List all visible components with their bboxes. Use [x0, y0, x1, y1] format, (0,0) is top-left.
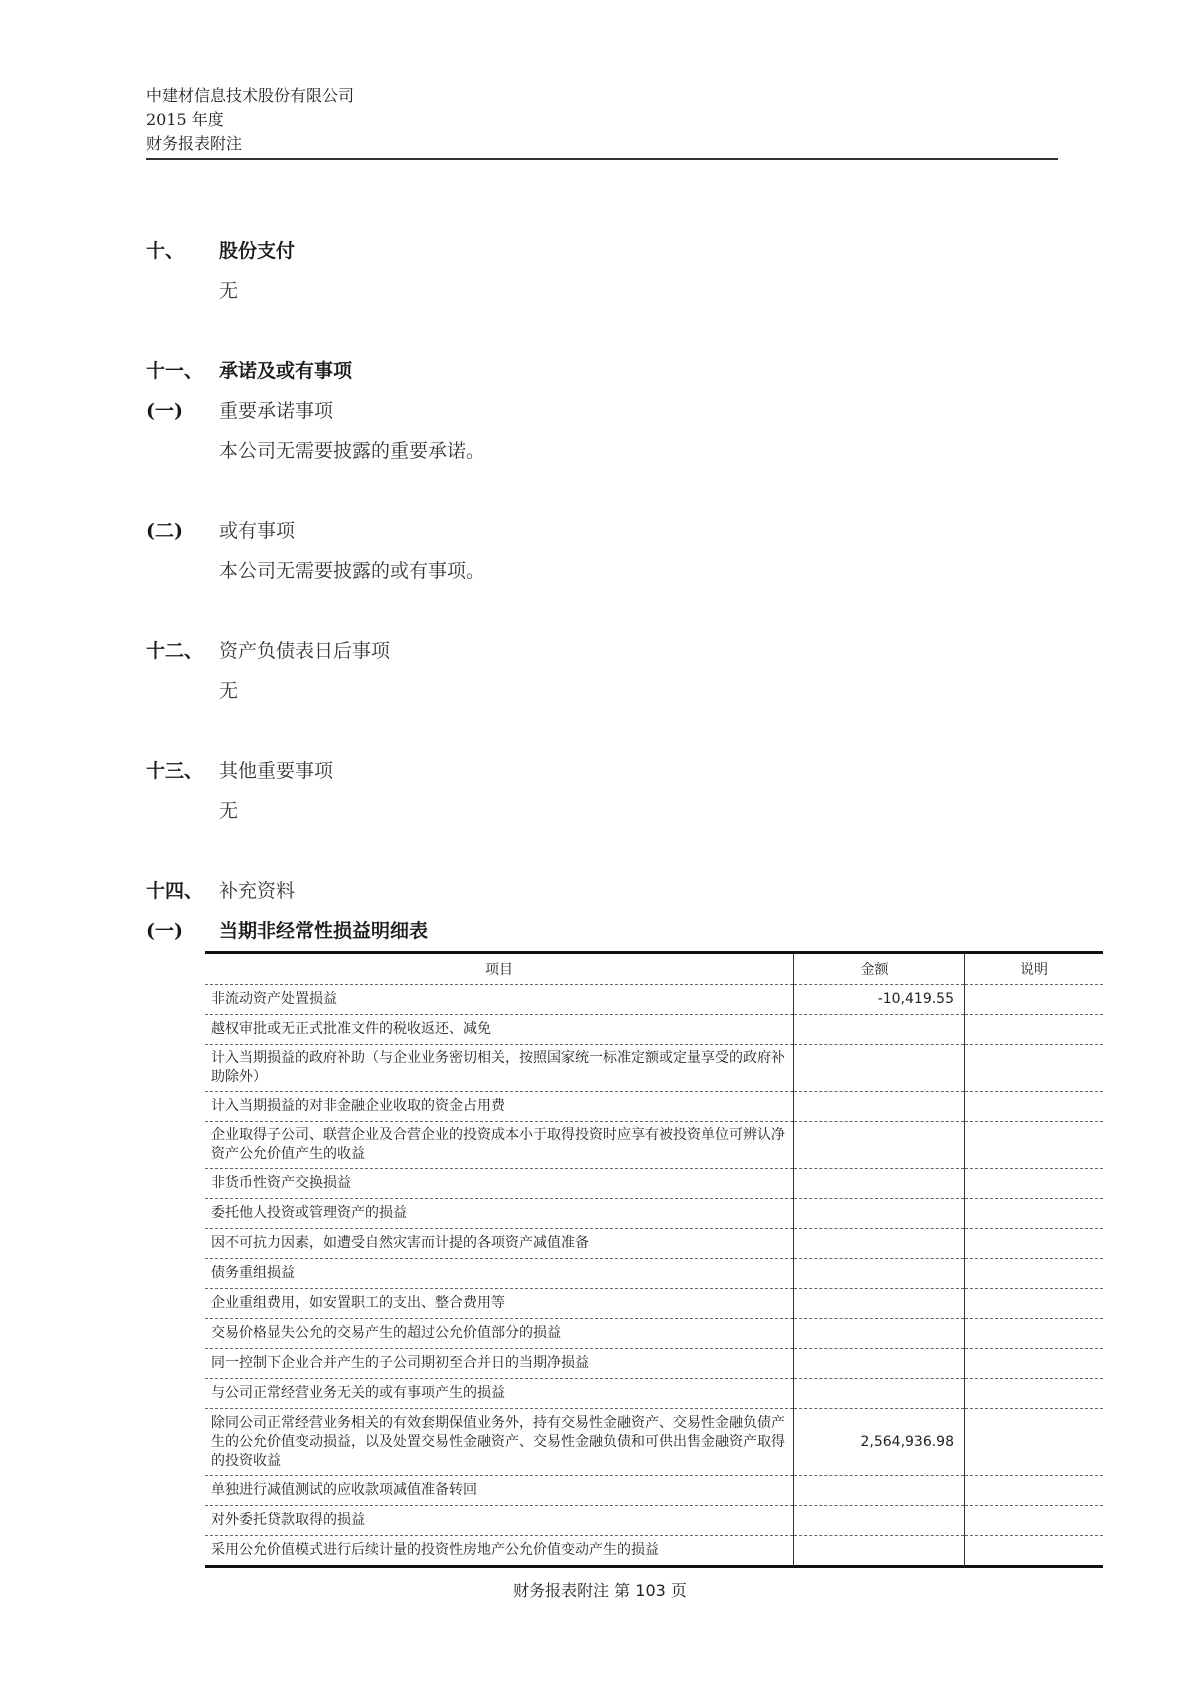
section-title: 资产负债表日后事项: [219, 638, 390, 664]
row-note: [965, 1379, 1104, 1409]
section-number: 十三、: [146, 758, 219, 784]
column-header-amount: 金额: [794, 953, 965, 985]
row-amount: [794, 1319, 965, 1349]
row-note: [965, 1349, 1104, 1379]
section-body: 无: [219, 798, 238, 824]
section-title: 其他重要事项: [219, 758, 333, 784]
row-amount: [794, 1122, 965, 1169]
row-item: 同一控制下企业合并产生的子公司期初至合并日的当期净损益: [205, 1349, 794, 1379]
section-title: 承诺及或有事项: [219, 358, 352, 384]
row-amount: [794, 1379, 965, 1409]
table-row: 非流动资产处置损益 -10,419.55: [205, 985, 1103, 1015]
table-row: 对外委托贷款取得的损益: [205, 1506, 1103, 1536]
table-row: 因不可抗力因素，如遭受自然灾害而计提的各项资产减值准备: [205, 1229, 1103, 1259]
row-amount: [794, 1289, 965, 1319]
table-row: 交易价格显失公允的交易产生的超过公允价值部分的损益: [205, 1319, 1103, 1349]
row-note: [965, 1199, 1104, 1229]
row-item: 非流动资产处置损益: [205, 985, 794, 1015]
row-item: 企业重组费用，如安置职工的支出、整合费用等: [205, 1289, 794, 1319]
row-item: 委托他人投资或管理资产的损益: [205, 1199, 794, 1229]
table-row: 委托他人投资或管理资产的损益: [205, 1199, 1103, 1229]
table-row: 债务重组损益: [205, 1259, 1103, 1289]
table-header-row: 项目 金额 说明: [205, 953, 1103, 985]
subsection-number: (一): [146, 398, 219, 424]
section-title: 补充资料: [219, 878, 295, 904]
row-note: [965, 1169, 1104, 1199]
row-note: [965, 1045, 1104, 1092]
subsection-heading-nonrecurring: (一)当期非经常性损益明细表: [146, 918, 428, 944]
table-row: 计入当期损益的对非金融企业收取的资金占用费: [205, 1092, 1103, 1122]
section-heading-subsequent-events: 十二、资产负债表日后事项: [146, 638, 390, 664]
row-item: 债务重组损益: [205, 1259, 794, 1289]
row-item: 单独进行减值测试的应收款项减值准备转回: [205, 1476, 794, 1506]
row-note: [965, 1122, 1104, 1169]
row-note: [965, 985, 1104, 1015]
subsection-title: 当期非经常性损益明细表: [219, 918, 428, 944]
row-note: [965, 1409, 1104, 1476]
page-footer: 财务报表附注 第 103 页: [0, 1578, 1200, 1601]
section-title: 股份支付: [219, 238, 295, 264]
row-item: 越权审批或无正式批准文件的税收返还、减免: [205, 1015, 794, 1045]
row-item: 除同公司正常经营业务相关的有效套期保值业务外，持有交易性金融资产、交易性金融负债…: [205, 1409, 794, 1476]
subsection-heading-major-commitments: (一)重要承诺事项: [146, 398, 333, 424]
row-amount: [794, 1092, 965, 1122]
row-note: [965, 1229, 1104, 1259]
section-heading-share-payment: 十、股份支付: [146, 238, 295, 264]
row-amount: 2,564,936.98: [794, 1409, 965, 1476]
table-row: 采用公允价值模式进行后续计量的投资性房地产公允价值变动产生的损益: [205, 1536, 1103, 1567]
table-row: 除同公司正常经营业务相关的有效套期保值业务外，持有交易性金融资产、交易性金融负债…: [205, 1409, 1103, 1476]
table-row: 单独进行减值测试的应收款项减值准备转回: [205, 1476, 1103, 1506]
section-body: 无: [219, 678, 238, 704]
column-header-note: 说明: [965, 953, 1104, 985]
column-header-item: 项目: [205, 953, 794, 985]
row-item: 采用公允价值模式进行后续计量的投资性房地产公允价值变动产生的损益: [205, 1536, 794, 1567]
table-row: 计入当期损益的政府补助（与企业业务密切相关，按照国家统一标准定额或定量享受的政府…: [205, 1045, 1103, 1092]
company-name: 中建材信息技术股份有限公司: [146, 84, 1058, 108]
row-item: 非货币性资产交换损益: [205, 1169, 794, 1199]
nonrecurring-gains-losses-table: 项目 金额 说明 非流动资产处置损益 -10,419.55 越权审批或无正式批准…: [205, 951, 1103, 1568]
section-heading-commitments: 十一、承诺及或有事项: [146, 358, 352, 384]
section-number: 十二、: [146, 638, 219, 664]
row-amount: [794, 1349, 965, 1379]
row-amount: [794, 1199, 965, 1229]
section-number: 十、: [146, 238, 219, 264]
table-row: 越权审批或无正式批准文件的税收返还、减免: [205, 1015, 1103, 1045]
subsection-number: (二): [146, 518, 219, 544]
row-amount: [794, 1015, 965, 1045]
subsection-body: 本公司无需要披露的或有事项。: [219, 558, 485, 584]
row-amount: [794, 1259, 965, 1289]
section-number: 十一、: [146, 358, 219, 384]
row-note: [965, 1506, 1104, 1536]
table-row: 同一控制下企业合并产生的子公司期初至合并日的当期净损益: [205, 1349, 1103, 1379]
row-item: 企业取得子公司、联营企业及合营企业的投资成本小于取得投资时应享有被投资单位可辨认…: [205, 1122, 794, 1169]
row-note: [965, 1015, 1104, 1045]
row-amount: [794, 1536, 965, 1567]
row-amount: [794, 1229, 965, 1259]
section-number: 十四、: [146, 878, 219, 904]
header-divider: [146, 158, 1058, 160]
row-note: [965, 1319, 1104, 1349]
table-row: 非货币性资产交换损益: [205, 1169, 1103, 1199]
section-heading-other-matters: 十三、其他重要事项: [146, 758, 333, 784]
row-note: [965, 1259, 1104, 1289]
subsection-title: 或有事项: [219, 518, 295, 544]
document-title: 财务报表附注: [146, 132, 1058, 156]
row-amount: [794, 1506, 965, 1536]
subsection-title: 重要承诺事项: [219, 398, 333, 424]
row-note: [965, 1536, 1104, 1567]
subsection-heading-contingencies: (二)或有事项: [146, 518, 295, 544]
section-body: 无: [219, 278, 238, 304]
row-amount: -10,419.55: [794, 985, 965, 1015]
row-amount: [794, 1169, 965, 1199]
row-item: 对外委托贷款取得的损益: [205, 1506, 794, 1536]
table-row: 企业取得子公司、联营企业及合营企业的投资成本小于取得投资时应享有被投资单位可辨认…: [205, 1122, 1103, 1169]
row-item: 计入当期损益的政府补助（与企业业务密切相关，按照国家统一标准定额或定量享受的政府…: [205, 1045, 794, 1092]
table-row: 企业重组费用，如安置职工的支出、整合费用等: [205, 1289, 1103, 1319]
report-year: 2015 年度: [146, 108, 1058, 132]
row-amount: [794, 1045, 965, 1092]
page-header: 中建材信息技术股份有限公司 2015 年度 财务报表附注: [146, 84, 1058, 156]
row-item: 交易价格显失公允的交易产生的超过公允价值部分的损益: [205, 1319, 794, 1349]
row-item: 因不可抗力因素，如遭受自然灾害而计提的各项资产减值准备: [205, 1229, 794, 1259]
row-note: [965, 1092, 1104, 1122]
row-item: 计入当期损益的对非金融企业收取的资金占用费: [205, 1092, 794, 1122]
row-note: [965, 1289, 1104, 1319]
table-row: 与公司正常经营业务无关的或有事项产生的损益: [205, 1379, 1103, 1409]
section-heading-supplementary: 十四、补充资料: [146, 878, 295, 904]
row-note: [965, 1476, 1104, 1506]
subsection-number: (一): [146, 918, 219, 944]
row-item: 与公司正常经营业务无关的或有事项产生的损益: [205, 1379, 794, 1409]
subsection-body: 本公司无需要披露的重要承诺。: [219, 438, 485, 464]
row-amount: [794, 1476, 965, 1506]
